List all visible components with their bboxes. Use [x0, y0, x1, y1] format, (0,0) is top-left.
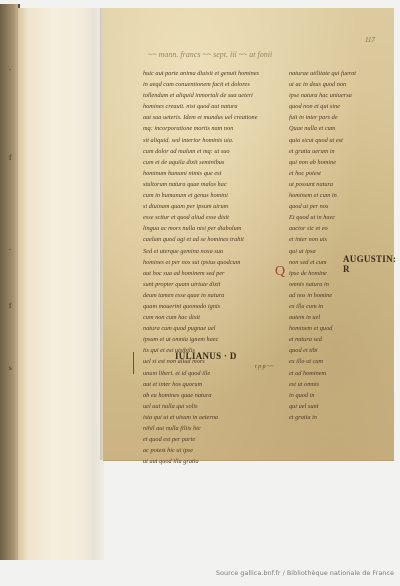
text-line: cum in humanum et genus homini	[143, 190, 293, 201]
text-line: naturae utilitate qui fuerat	[289, 68, 392, 79]
margin-bracket	[133, 352, 136, 374]
text-line: cum non cum hac dixit	[143, 312, 293, 323]
text-line: homines creauit. nisi quod aut natura	[143, 101, 293, 112]
manuscript-folio: 117 ~~ mann. francs ~~ sept. iii ~~ ut f…	[103, 8, 394, 461]
text-line: ab ea homines quae natura	[143, 390, 293, 401]
text-line: ac potest hic ut ipse	[143, 445, 293, 456]
text-line: in aeqd cum conuentionem facit et dolore…	[143, 79, 293, 90]
text-line: ad nos in homine	[289, 290, 392, 301]
text-line: si diuinam quam per ipsum uirum	[143, 201, 293, 212]
document-viewer: . f . f s 117 ~~ mann. francs ~~ sept. i…	[0, 0, 400, 586]
text-line: ut possunt natura	[289, 179, 392, 190]
text-line: homines et per nos sui ipsius quodcum	[143, 257, 293, 268]
text-line: quod non et qui sine	[289, 101, 392, 112]
ink-mark: .	[9, 64, 11, 72]
text-line: Et quod ut in haec	[289, 212, 392, 223]
paper-guard-strip	[17, 8, 104, 560]
text-line: qui uel sunt	[289, 401, 392, 412]
ink-mark: f	[9, 302, 11, 310]
text-line: sit aliquid. sed interior hominis uia.	[143, 135, 293, 146]
text-line: ex illa cum in	[289, 301, 392, 312]
text-line: natura cum quod pugnae uel	[143, 323, 293, 334]
text-line: stultorum natura quae malos hac	[143, 179, 293, 190]
text-line: tollendum et aliquid inmortali de sua ue…	[143, 90, 293, 101]
text-line: ipsum et ut omnia ignem haec	[143, 334, 293, 345]
text-line: et quod est per parte	[143, 434, 293, 445]
text-line: quod ut per nos	[289, 201, 392, 212]
text-line: et inter non uis	[289, 234, 392, 245]
text-line: ut ac in deus quod non	[289, 79, 392, 90]
text-line: fuit in inter pars de	[289, 112, 392, 123]
text-line: et natura sed	[289, 334, 392, 345]
text-line: hominum humani nimis que est	[143, 168, 293, 179]
text-line: nihil aut nulla filiis hic	[143, 423, 293, 434]
source-credit: Source gallica.bnf.fr / Bibliothèque nat…	[216, 569, 394, 577]
text-line: cum dolor ad malum et mq: ut suo	[143, 146, 293, 157]
red-initial: Q	[275, 264, 285, 280]
left-text-column: huic aut parte anima diuisit et genuit h…	[143, 68, 293, 467]
heading-julianus: IULIANUS · D	[175, 351, 237, 361]
text-line: Quae nulla et cum	[289, 123, 392, 134]
text-line: ista qui ut et uisum in aeterna	[143, 412, 293, 423]
text-line: ipse natura hac uniuersa	[289, 90, 392, 101]
ink-mark: f	[9, 154, 11, 162]
ink-mark: s	[9, 364, 12, 372]
text-line: et gratia uerum in	[289, 146, 392, 157]
text-line: quam mouerint quomodo ignis	[143, 301, 293, 312]
top-margin-note: ~~ mann. francs ~~ sept. iii ~~ ut fonii	[148, 50, 348, 59]
text-line: aut hoc sua ad hominem sed per	[143, 268, 293, 279]
text-line: mq: incorporatione mortis nam non	[143, 123, 293, 134]
text-line: cum et de aquila dixit seminibus	[143, 157, 293, 168]
text-line: autem in uel	[289, 312, 392, 323]
margin-note: t p p ~~	[255, 364, 274, 370]
text-line: sunt propter quam uirtute dixit	[143, 279, 293, 290]
text-line: omnis natura in	[289, 279, 392, 290]
text-line: Sed et uterque gemina noxa sua	[143, 246, 293, 257]
text-line: auctor sic et eo	[289, 223, 392, 234]
text-line: est ut omnis	[289, 379, 392, 390]
text-line: aut et inter hos quorum	[143, 379, 293, 390]
text-line: quod et tibi	[289, 345, 392, 356]
text-line: hominem et cum in	[289, 190, 392, 201]
text-line: quia sicut quod ut est	[289, 135, 392, 146]
text-line: lingua ac mors nulla nisi per diabolum	[143, 223, 293, 234]
ink-mark: .	[9, 244, 11, 252]
text-line: deum tamen esse quae in natura	[143, 290, 293, 301]
folio-number: 117	[365, 36, 375, 44]
text-line: caelum quod agi et ad se homines trahit	[143, 234, 293, 245]
text-line: et hoc potest	[289, 168, 392, 179]
text-line: huic aut parte anima diuisit et genuit h…	[143, 68, 293, 79]
text-line: esse scitur et quod aliud esse dixit	[143, 212, 293, 223]
text-line: aut sua ueteris. Idem et mundus uel crea…	[143, 112, 293, 123]
text-line: in quod in	[289, 390, 392, 401]
right-text-column: naturae utilitate qui fueratut ac in deu…	[289, 68, 392, 423]
text-line: ex illo ut cum	[289, 356, 392, 367]
text-line: et ad hominem	[289, 368, 392, 379]
text-line: qui non ab homine	[289, 157, 392, 168]
text-line: uel aut nulla qui solis	[143, 401, 293, 412]
text-line: et gratia in	[289, 412, 392, 423]
text-line: hominem et quod	[289, 323, 392, 334]
text-line: ut aut quod illa gratia	[143, 456, 293, 467]
heading-augustine: AUGUSTIN: R	[343, 254, 396, 274]
